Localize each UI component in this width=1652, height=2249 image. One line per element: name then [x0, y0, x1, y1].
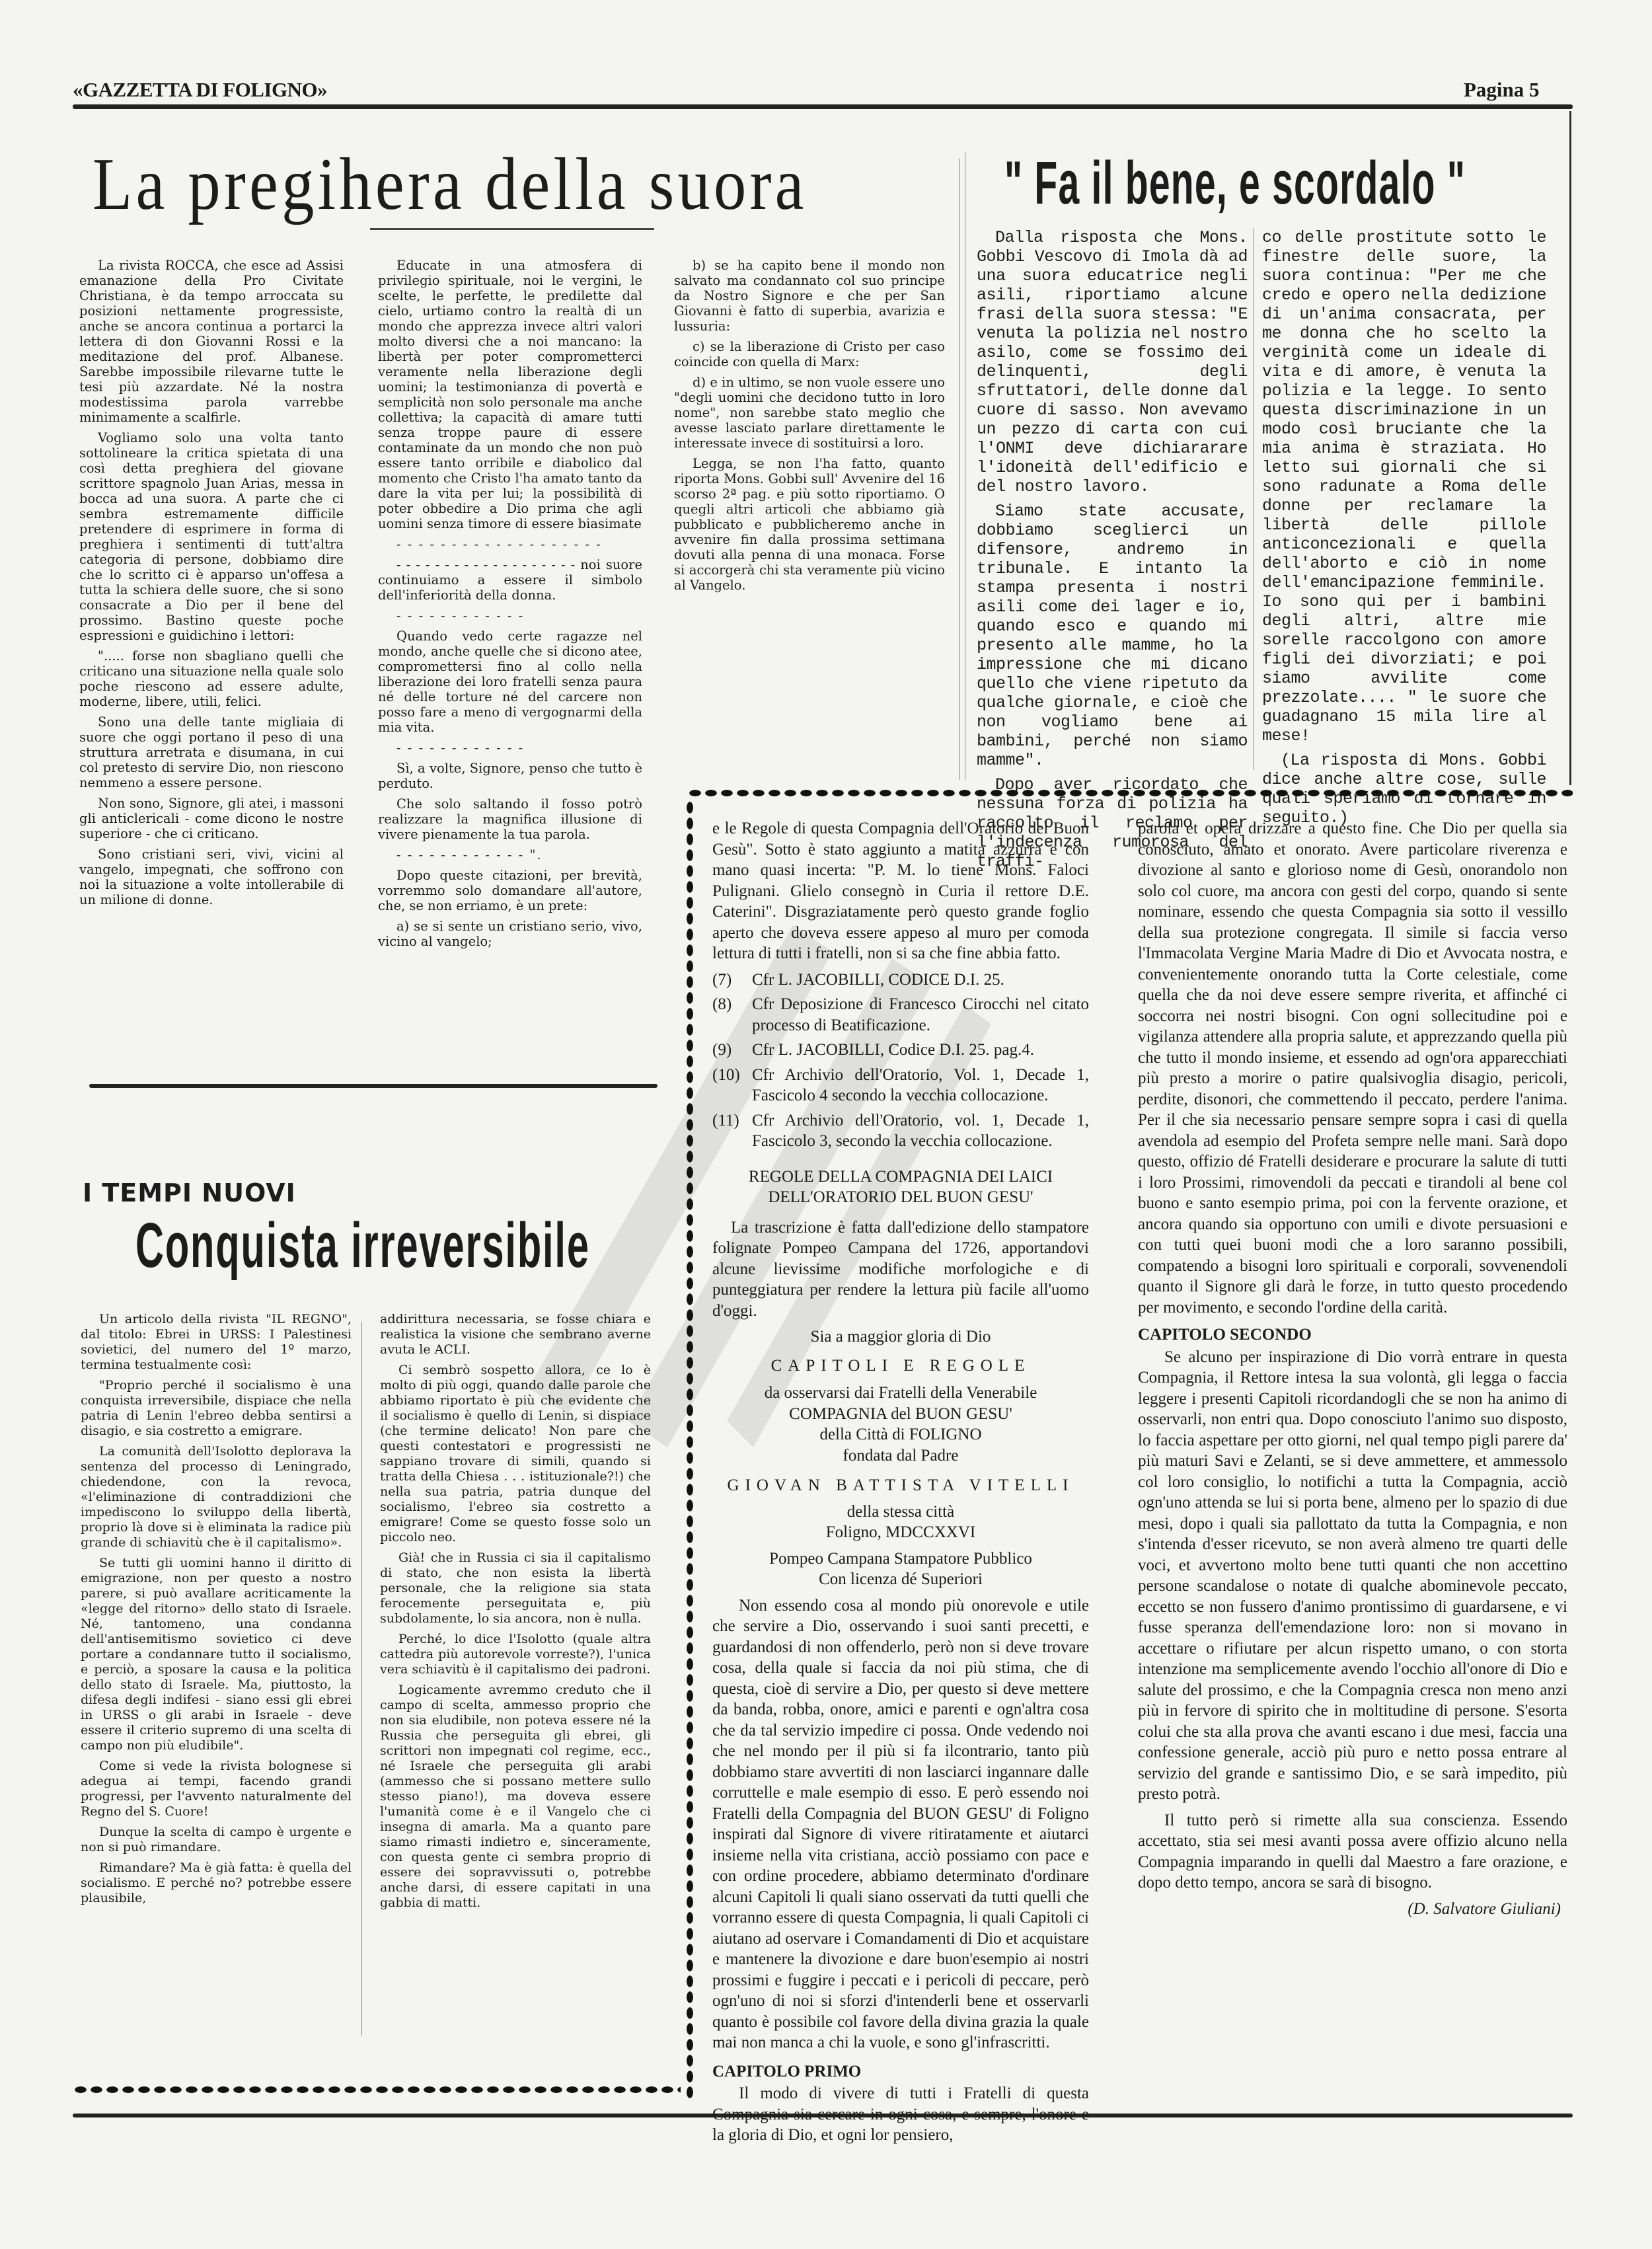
chapter-heading: CAPITOLO PRIMO	[712, 2061, 1089, 2082]
paragraph: Se alcuno per inspirazione di Dio vorrà …	[1138, 1347, 1567, 1805]
preghiera-column-2: Educate in una atmosfera di privilegio s…	[378, 258, 642, 954]
paragraph: Un articolo della rivista "IL REGNO", da…	[81, 1312, 352, 1373]
separator-dashes: - - - - - - - - - - - -	[378, 740, 642, 755]
paragraph: parola et opera drizzare a questo fine. …	[1138, 818, 1567, 1318]
paragraph: La trascrizione è fatta dall'edizione de…	[712, 1217, 1089, 1322]
section-kicker: I TEMPI NUOVI	[83, 1178, 296, 1207]
box-border-right	[1569, 111, 1571, 785]
preghiera-column-3: b) se ha capito bene il mondo non salvat…	[674, 258, 945, 598]
paragraph: c) se la liberazione di Cristo per caso …	[674, 339, 945, 369]
paragraph: d) e in ultimo, se non vuole essere uno …	[674, 375, 945, 451]
paragraph: Logicamente avremmo creduto che il campo…	[380, 1683, 651, 1911]
frontispiece-line: Sia a maggior gloria di Dio	[712, 1326, 1089, 1348]
frontispiece-line: della stessa città	[712, 1502, 1089, 1523]
column-divider	[959, 159, 960, 780]
frontispiece-line: da osservarsi dai Fratelli della Venerab…	[712, 1383, 1089, 1404]
section-rule	[89, 1084, 657, 1088]
regole-column-2: parola et opera drizzare a questo fine. …	[1138, 818, 1567, 1925]
paragraph: Vogliamo solo una volta tanto sottolinea…	[79, 430, 344, 643]
paragraph: co delle prostitute sotto le finestre de…	[1262, 228, 1546, 745]
separator-dashes: - - - - - - - - - - - - - - - - - - -	[378, 537, 642, 552]
dotted-border-top	[687, 788, 1573, 798]
paragraph: Dunque la scelta di campo è urgente e no…	[81, 1825, 352, 1855]
paragraph: Sono una delle tante migliaia di suore c…	[79, 714, 344, 790]
paragraph: Sì, a volte, Signore, penso che tutto è …	[378, 761, 642, 791]
newspaper-masthead: «GAZZETTA DI FOLIGNO»	[73, 78, 327, 102]
conquista-column-2: addirittura necessaria, se fosse chiara …	[380, 1312, 651, 1916]
paragraph: a) se si sente un cristiano serio, vivo,…	[378, 919, 642, 949]
frontispiece-line: fondata dal Padre	[712, 1445, 1089, 1467]
dotted-border-left	[685, 800, 695, 2098]
regole-column-1: e le Regole di questa Compagnia dell'Ora…	[712, 818, 1089, 2151]
paragraph: Sono cristiani seri, vivi, vicini al van…	[79, 847, 344, 907]
paragraph: e le Regole di questa Compagnia dell'Ora…	[712, 818, 1089, 964]
regole-heading: REGOLE DELLA COMPAGNIA DEI LAICI DELL'OR…	[712, 1166, 1089, 1208]
author-signature: (D. Salvatore Giuliani)	[1138, 1899, 1561, 1920]
frontispiece-title: CAPITOLI E REGOLE	[712, 1355, 1089, 1377]
paragraph: Il tutto però si rimette alla sua consci…	[1138, 1810, 1567, 1893]
paragraph: Rimandare? Ma è già fatta: è quella del …	[81, 1860, 352, 1906]
frontispiece-line: della Città di FOLIGNO	[712, 1424, 1089, 1445]
frontispiece-line: Con licenza dé Superiori	[712, 1569, 1089, 1590]
paragraph: Che solo saltando il fosso potrò realizz…	[378, 796, 642, 842]
column-divider	[1254, 228, 1254, 770]
paragraph: La comunità dell'Isolotto deplorava la s…	[81, 1444, 352, 1550]
paragraph: Non sono, Signore, gli atei, i massoni g…	[79, 796, 344, 841]
article-title-bene: " Fa il bene, e scordalo "	[1004, 149, 1466, 218]
page-number: Pagina 5	[1464, 78, 1540, 102]
bene-column-2: co delle prostitute sotto le finestre de…	[1262, 228, 1546, 833]
footnote-10: (10)Cfr Archivio dell'Oratorio, Vol. 1, …	[712, 1065, 1089, 1106]
article-title-preghiera: La pregihera della suora	[93, 142, 807, 227]
paragraph: Dalla risposta che Mons. Gobbi Vescovo d…	[977, 228, 1248, 496]
conquista-column-1: Un articolo della rivista "IL REGNO", da…	[81, 1312, 352, 1911]
footnote-7: (7)Cfr L. JACOBILLI, CODICE D.I. 25.	[712, 970, 1089, 991]
separator-dashes: - - - - - - - - - - - -	[378, 608, 642, 623]
paragraph: Perché, lo dice l'Isolotto (quale altra …	[380, 1632, 651, 1677]
frontispiece-date: Foligno, MDCCXXVI	[712, 1522, 1089, 1543]
paragraph: Dopo queste citazioni, per brevità, vorr…	[378, 868, 642, 913]
paragraph: Educate in una atmosfera di privilegio s…	[378, 258, 642, 531]
paragraph: Quando vedo certe ragazze nel mondo, anc…	[378, 629, 642, 735]
paragraph: Non essendo cosa al mondo più onorevole …	[712, 1595, 1089, 2053]
footnote-11: (11)Cfr Archivio dell'Oratorio, vol. 1, …	[712, 1110, 1089, 1152]
paragraph: Se tutti gli uomini hanno il diritto di …	[81, 1556, 352, 1753]
paragraph: Legga, se non l'ha fatto, quanto riporta…	[674, 456, 945, 593]
paragraph: Come si vede la rivista bolognese si ade…	[81, 1759, 352, 1819]
preghiera-column-1: La rivista ROCCA, che esce ad Assisi ema…	[79, 258, 344, 913]
separator-dashes: - - - - - - - - - - - - ".	[378, 847, 642, 862]
chapter-heading: CAPITOLO SECONDO	[1138, 1324, 1567, 1346]
bene-column-1: Dalla risposta che Mons. Gobbi Vescovo d…	[977, 228, 1248, 876]
frontispiece-line: Pompeo Campana Stampatore Pubblico	[712, 1548, 1089, 1570]
paragraph: "..... forse non sbagliano quelli che cr…	[79, 648, 344, 709]
paragraph: La rivista ROCCA, che esce ad Assisi ema…	[79, 258, 344, 425]
header-rule	[73, 104, 1573, 109]
paragraph: "Proprio perché il socialismo è una conq…	[81, 1378, 352, 1439]
paragraph: - - - - - - - - - - - - - - - - - - - no…	[378, 557, 642, 603]
footnote-9: (9)Cfr L. JACOBILLI, Codice D.I. 25. pag…	[712, 1040, 1089, 1061]
paragraph: b) se ha capito bene il mondo non salvat…	[674, 258, 945, 334]
paragraph: Il modo di vivere di tutti i Fratelli di…	[712, 2083, 1089, 2146]
dotted-border-bottom	[73, 2085, 681, 2094]
article-title-conquista: Conquista irreversibile	[135, 1209, 590, 1282]
title-underline	[370, 228, 654, 230]
paragraph: addirittura necessaria, se fosse chiara …	[380, 1312, 651, 1357]
paragraph: Ci sembrò sospetto allora, ce lo è molto…	[380, 1363, 651, 1545]
paragraph: Già! che in Russia ci sia il capitalismo…	[380, 1550, 651, 1626]
footnote-8: (8)Cfr Deposizione di Francesco Cirocchi…	[712, 994, 1089, 1036]
column-divider	[361, 1322, 362, 2036]
paragraph: Siamo state accusate, dobbiamo sceglierc…	[977, 502, 1248, 770]
box-border-left	[965, 152, 965, 780]
frontispiece-author: GIOVAN BATTISTA VITELLI	[712, 1475, 1089, 1496]
frontispiece-line: COMPAGNIA del BUON GESU'	[712, 1404, 1089, 1425]
